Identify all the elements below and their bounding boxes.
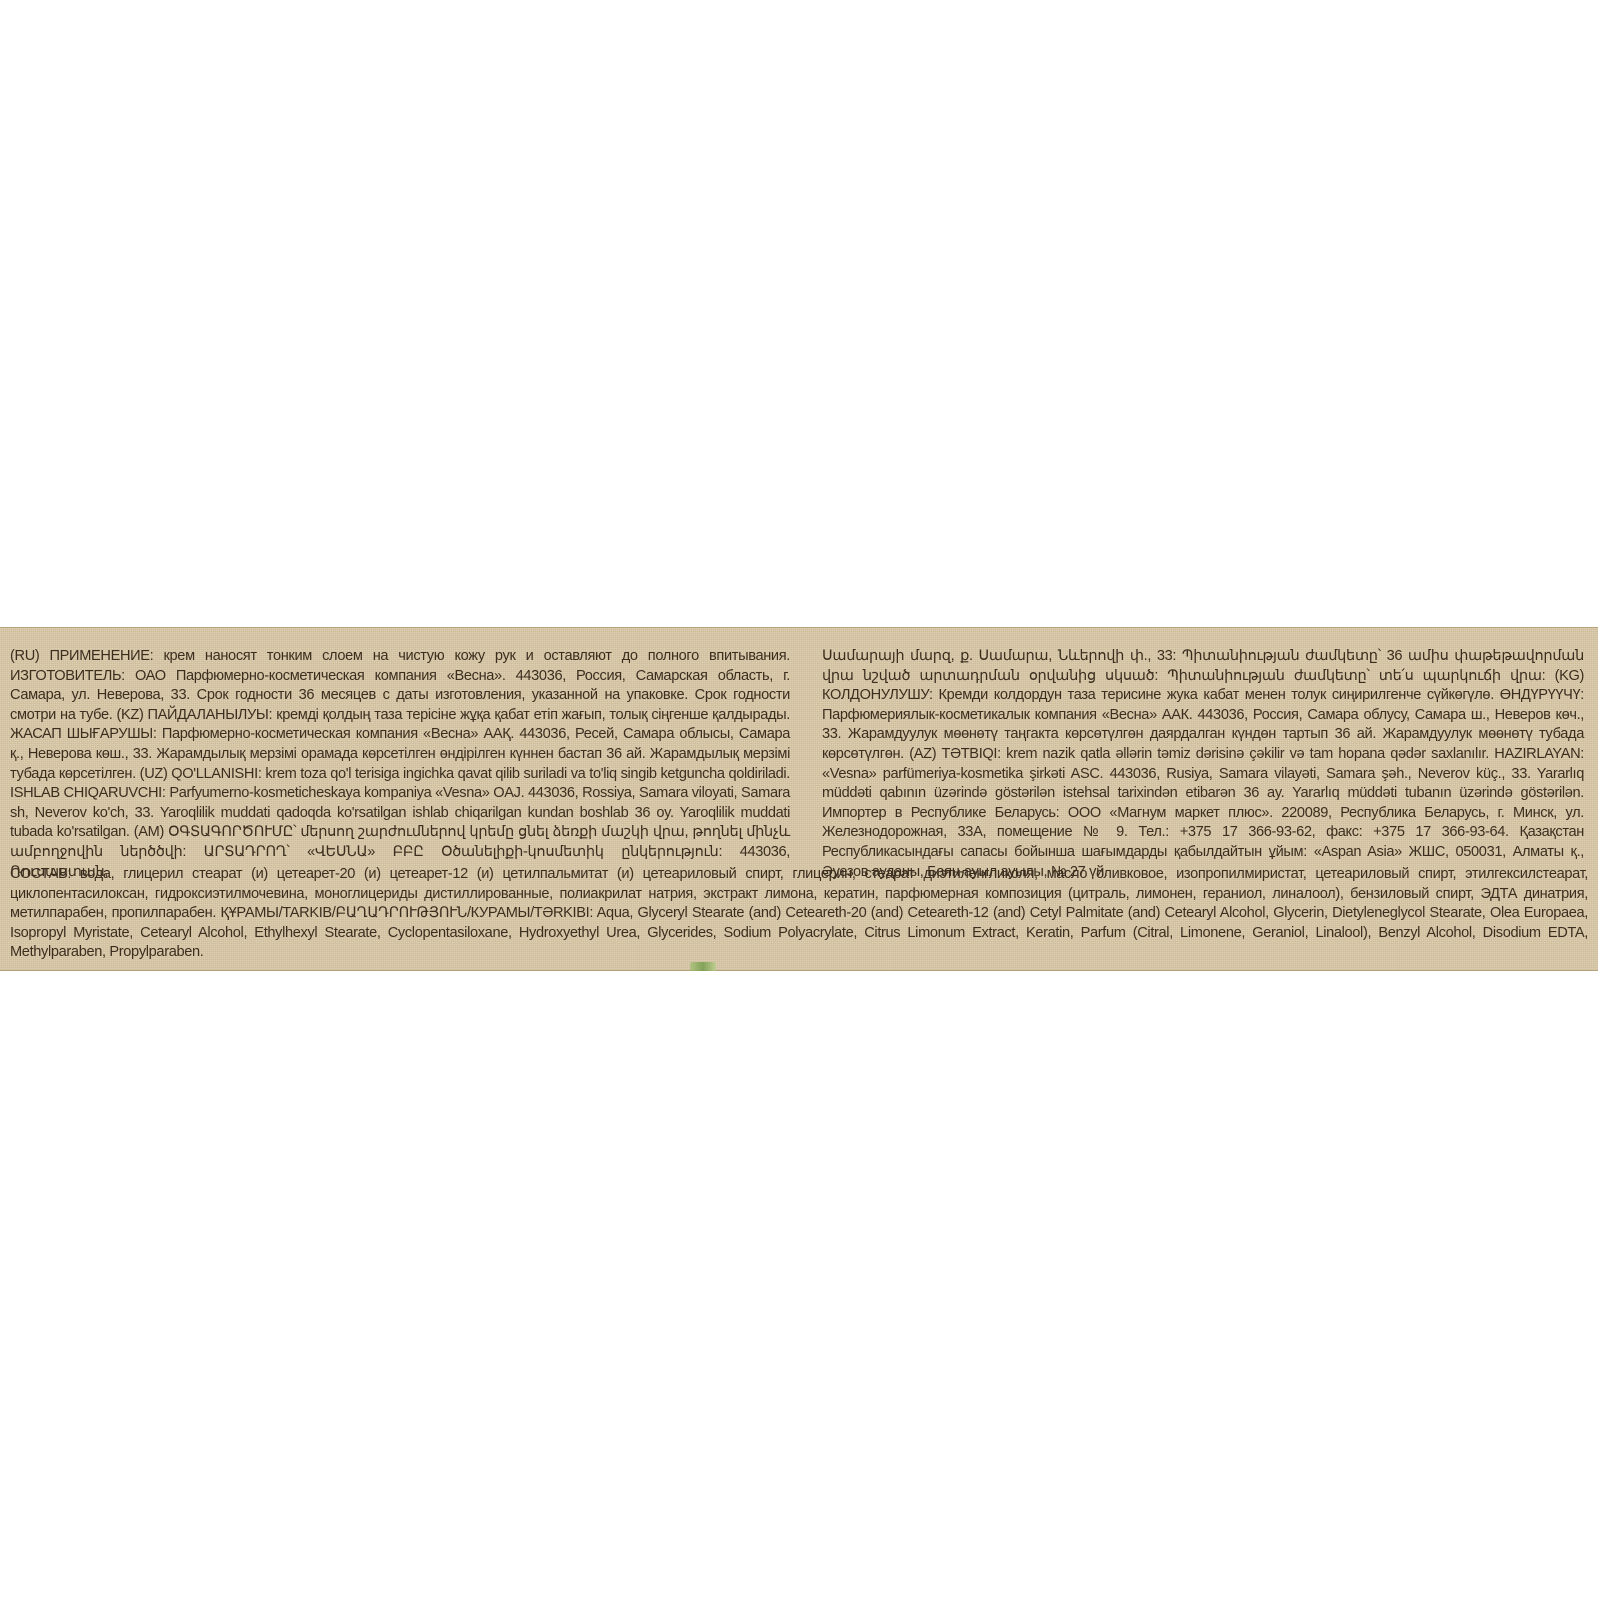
usage-manufacturer-text-ru-kz-uz-am: (RU) ПРИМЕНЕНИЕ: крем наносят тонким сло… — [10, 647, 790, 882]
label-right-column: Սամարայի մարզ, ք. Սամարա, Նևերովի փ., 33… — [822, 647, 1584, 882]
ingredients-text: СОСТАВ: вода, глицерил стеарат (и) цетеа… — [10, 865, 1588, 963]
usage-manufacturer-text-am-kg-az-importer: Սամարայի մարզ, ք. Սամարա, Նևերովի փ., 33… — [822, 647, 1584, 882]
green-print-mark — [690, 962, 716, 971]
label-left-column: (RU) ПРИМЕНЕНИЕ: крем наносят тонким сло… — [10, 647, 790, 882]
ingredients-block: СОСТАВ: вода, глицерил стеарат (и) цетеа… — [10, 865, 1588, 963]
product-label-band: (RU) ПРИМЕНЕНИЕ: крем наносят тонким сло… — [0, 627, 1598, 971]
